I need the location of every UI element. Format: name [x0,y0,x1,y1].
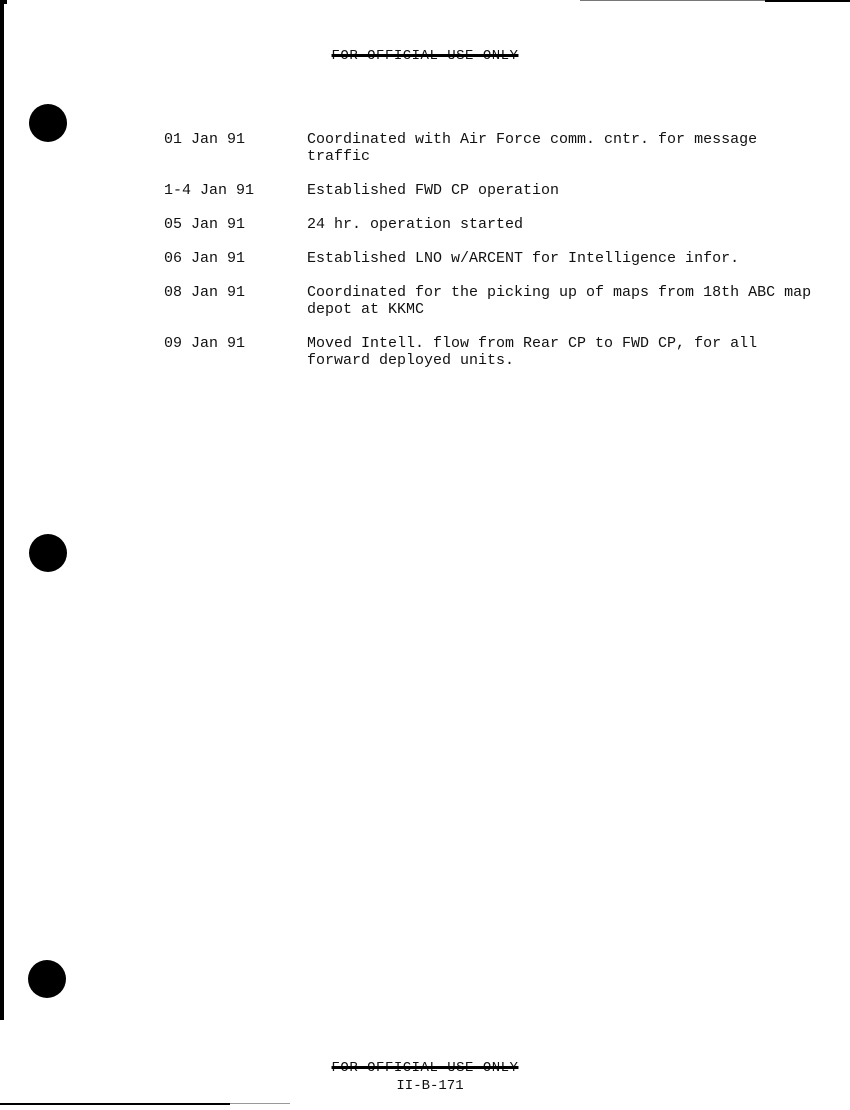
scan-edge-bottom-light [230,1103,290,1104]
punch-hole-middle [29,534,67,572]
chronology-entry: 05 Jan 91 24 hr. operation started [164,216,824,233]
chronology-entry: 09 Jan 91 Moved Intell. flow from Rear C… [164,335,824,369]
chronology-entry: 01 Jan 91 Coordinated with Air Force com… [164,131,824,165]
entry-description: 24 hr. operation started [307,216,817,233]
header-classification: FOR OFFICIAL USE ONLY [0,48,850,64]
punch-hole-top [29,104,67,142]
entry-description: Coordinated for the picking up of maps f… [307,284,817,318]
chronology-list: 01 Jan 91 Coordinated with Air Force com… [164,131,824,386]
chronology-entry: 1-4 Jan 91 Established FWD CP operation [164,182,824,199]
entry-description: Moved Intell. flow from Rear CP to FWD C… [307,335,817,369]
footer-classification: FOR OFFICIAL USE ONLY [0,1060,850,1076]
entry-date: 1-4 Jan 91 [164,182,307,199]
header-classification-text: FOR OFFICIAL USE ONLY [332,48,519,64]
entry-description: Established LNO w/ARCENT for Intelligenc… [307,250,817,267]
scan-edge-mark [0,0,7,4]
entry-date: 01 Jan 91 [164,131,307,165]
scan-edge-bottom [0,1103,230,1105]
scan-edge-top-dark [765,0,850,2]
entry-date: 09 Jan 91 [164,335,307,369]
entry-date: 08 Jan 91 [164,284,307,318]
entry-date: 06 Jan 91 [164,250,307,267]
entry-description: Coordinated with Air Force comm. cntr. f… [307,131,817,165]
chronology-entry: 06 Jan 91 Established LNO w/ARCENT for I… [164,250,824,267]
scan-edge-left [0,0,4,1020]
page-number: II-B-171 [0,1078,850,1094]
punch-hole-bottom [28,960,66,998]
entry-date: 05 Jan 91 [164,216,307,233]
footer-classification-text: FOR OFFICIAL USE ONLY [332,1060,519,1076]
entry-description: Established FWD CP operation [307,182,817,199]
chronology-entry: 08 Jan 91 Coordinated for the picking up… [164,284,824,318]
